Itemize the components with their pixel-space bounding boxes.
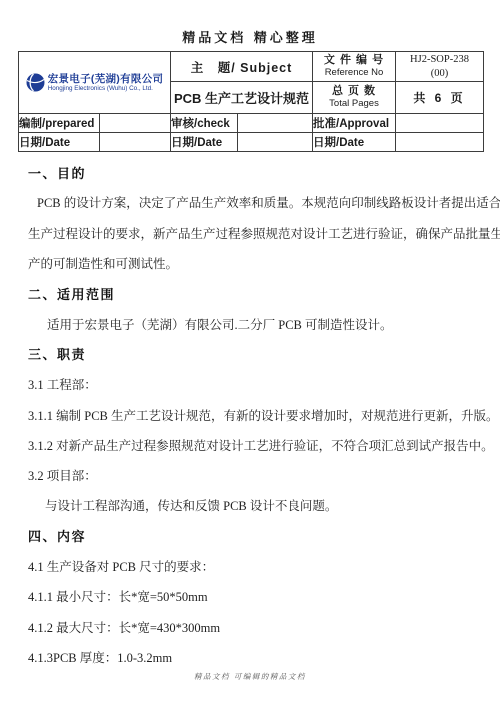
approval-date-label: 日期/Date <box>313 133 396 152</box>
section-1-paragraph-line: 生产过程设计的要求，新产品生产过程参照规范对设计工艺进行验证，确保产品批量生 <box>0 218 500 248</box>
company-name-cn: 宏景电子(芜湖)有限公司 <box>48 73 164 85</box>
section-2-paragraph-line: 适用于宏景电子（芜湖）有限公司.二分厂 PCB 可制造性设计。 <box>0 308 500 338</box>
section-3-item: 与设计工程部沟通，传达和反馈 PCB 设计不良问题。 <box>0 490 500 520</box>
section-4-item: 4.1.1 最小尺寸：长*宽=50*50mm <box>0 581 500 611</box>
section-4-item: 4.1.3PCB 厚度：1.0-3.2mm <box>0 642 500 672</box>
prepared-label: 编制/prepared <box>19 114 100 133</box>
section-4-heading: 四、内容 <box>0 521 500 551</box>
document-header-table: 宏景电子(芜湖)有限公司 Hongjing Electronics (Wuhu)… <box>18 51 484 152</box>
section-1-paragraph-line: PCB 的设计方案，决定了产品生产效率和质量。本规范向印制线路板设计者提出适合 <box>0 187 500 217</box>
section-4-item: 4.1 生产设备对 PCB 尺寸的要求： <box>0 551 500 581</box>
ref-no-label-en: Reference No <box>313 68 395 79</box>
check-label: 审核/check <box>171 114 238 133</box>
document-page: 精品文档 精心整理 宏景电子(芜湖)有限公司 <box>0 0 500 707</box>
check-value-cell <box>238 114 313 133</box>
section-1-paragraph-line: 产的可制造性和可测试性。 <box>0 248 500 278</box>
approval-value-cell <box>396 114 484 133</box>
watermark-header: 精品文档 精心整理 <box>0 27 500 46</box>
section-3-item: 3.1 工程部： <box>0 369 500 399</box>
ref-no-value-line1: HJ2-SOP-238 <box>396 53 483 67</box>
total-pages-label: 总 页 数 Total Pages <box>313 82 396 114</box>
prepared-date-cell <box>100 133 171 152</box>
subject-label: 主 题/ Subject <box>171 52 313 82</box>
total-pages-label-cn: 总 页 数 <box>313 85 395 99</box>
prepared-date-label: 日期/Date <box>19 133 100 152</box>
watermark-footer: 精品文档 可编辑的精品文档 <box>0 671 500 682</box>
company-logo-icon <box>26 73 45 92</box>
document-title: PCB 生产工艺设计规范 <box>171 82 313 114</box>
check-date-label: 日期/Date <box>171 133 238 152</box>
ref-no-label: 文 件 编 号 Reference No <box>313 52 396 82</box>
approval-date-cell <box>396 133 484 152</box>
section-3-item: 3.1.1 编制 PCB 生产工艺设计规范，有新的设计要求增加时，对规范进行更新… <box>0 399 500 429</box>
section-3-item: 3.1.2 对新产品生产过程参照规范对设计工艺进行验证，不符合项汇总到试产报告中… <box>0 430 500 460</box>
ref-no-value: HJ2-SOP-238 (00) <box>396 52 484 82</box>
section-4-item: 4.1.2 最大尺寸：长*宽=430*300mm <box>0 611 500 641</box>
section-1-heading: 一、目的 <box>0 157 500 187</box>
check-date-cell <box>238 133 313 152</box>
section-3-item: 3.2 项目部： <box>0 460 500 490</box>
company-cell: 宏景电子(芜湖)有限公司 Hongjing Electronics (Wuhu)… <box>19 52 171 114</box>
ref-no-label-cn: 文 件 编 号 <box>313 54 395 68</box>
total-pages-value: 共 6 页 <box>396 82 484 114</box>
approval-label: 批准/Approval <box>313 114 396 133</box>
company-name-en: Hongjing Electronics (Wuhu) Co., Ltd. <box>48 85 164 93</box>
section-2-heading: 二、适用范围 <box>0 278 500 308</box>
prepared-value-cell <box>100 114 171 133</box>
section-3-heading: 三、职责 <box>0 339 500 369</box>
ref-no-value-line2: (00) <box>396 67 483 81</box>
total-pages-label-en: Total Pages <box>313 99 395 110</box>
document-body: 一、目的 PCB 的设计方案，决定了产品生产效率和质量。本规范向印制线路板设计者… <box>0 157 500 672</box>
